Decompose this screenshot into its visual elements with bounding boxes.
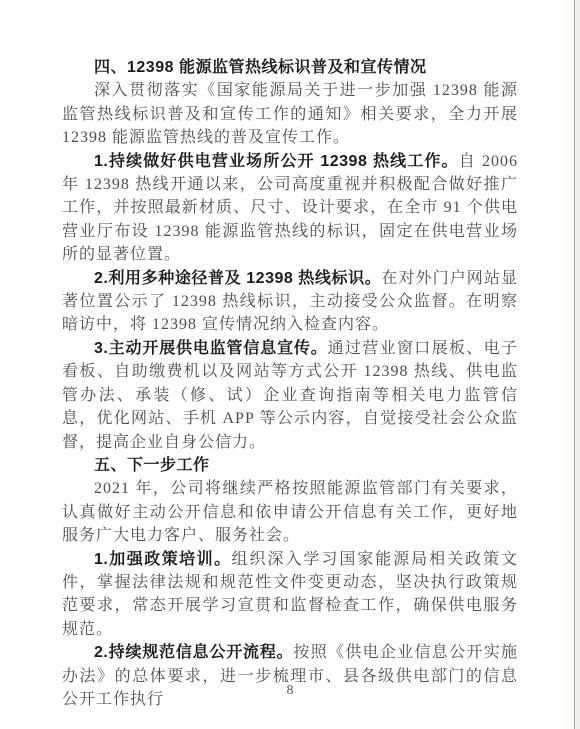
paragraph: 2.利用多种途径普及 12398 热线标识。在对外门户网站显著位置公示了 123… xyxy=(62,267,518,337)
document-body: 四、12398 能源监管热线标识普及和宣传情况深入贯彻落实《国家能源局关于进一步… xyxy=(62,56,518,711)
paragraph-lead: 2.持续规范信息公开流程。 xyxy=(94,644,293,661)
paragraph-lead: 3.主动开展供电监管信息宣传。 xyxy=(94,340,328,357)
document-page: 四、12398 能源监管热线标识普及和宣传情况深入贯彻落实《国家能源局关于进一步… xyxy=(0,0,580,729)
heading-text: 四、12398 能源监管热线标识普及和宣传情况 xyxy=(94,59,426,76)
paragraph-text: 2021 年，公司将继续严格按照能源监管部门有关要求，认真做好主动公开信息和依申… xyxy=(62,480,518,544)
paragraph-lead: 1.持续做好供电营业场所公开 12398 热线工作。 xyxy=(94,153,459,170)
paragraph: 深入贯彻落实《国家能源局关于进一步加强 12398 能源监管热线标识普及和宣传工… xyxy=(62,79,518,149)
paragraph: 1.持续做好供电营业场所公开 12398 热线工作。自 2006 年 12398… xyxy=(62,150,518,267)
paragraph-text: 深入贯彻落实《国家能源局关于进一步加强 12398 能源监管热线标识普及和宣传工… xyxy=(62,82,518,146)
section-heading: 四、12398 能源监管热线标识普及和宣传情况 xyxy=(62,56,518,79)
scan-edge-background xyxy=(575,0,580,729)
paragraph-lead: 1.加强政策培训。 xyxy=(94,551,232,568)
paragraph: 2.持续规范信息公开流程。按照《供电企业信息公开实施办法》的总体要求，进一步梳理… xyxy=(62,641,518,711)
scan-warm-strip xyxy=(562,0,574,729)
section-heading: 五、下一步工作 xyxy=(62,454,518,477)
page-number: 8 xyxy=(0,683,580,699)
paragraph: 2021 年，公司将继续严格按照能源监管部门有关要求，认真做好主动公开信息和依申… xyxy=(62,477,518,547)
heading-text: 五、下一步工作 xyxy=(94,457,210,474)
paragraph-lead: 2.利用多种途径普及 12398 热线标识。 xyxy=(94,270,381,287)
paragraph: 3.主动开展供电监管信息宣传。通过营业窗口展板、电子看板、自助缴费机以及网站等方… xyxy=(62,337,518,454)
paragraph: 1.加强政策培训。组织深入学习国家能源局相关政策文件，掌握法律法规和规范性文件变… xyxy=(62,548,518,642)
